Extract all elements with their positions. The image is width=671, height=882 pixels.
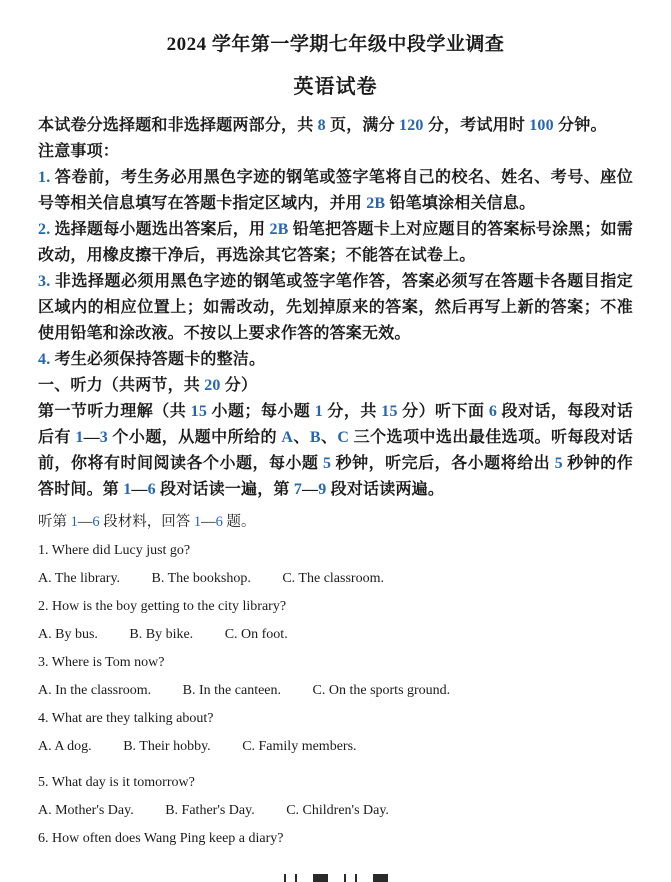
section-heading-listening: 一、听力（共两节，共 20 分） [38, 373, 633, 399]
question-text: 4. What are they talking about? [38, 709, 633, 729]
listening-instructions: 第一节听力理解（共 15 小题；每小题 1 分，共 15 分）听下面 6 段对话… [38, 399, 633, 503]
question-block-6: 6. How often does Wang Ping keep a diary… [38, 829, 633, 849]
option-c: C. The classroom. [282, 569, 384, 589]
option-a: A. By bus. [38, 625, 98, 645]
option-a: A. Mother's Day. [38, 801, 134, 821]
cutoff-glyph-top [313, 874, 328, 882]
option-c: C. On foot. [225, 625, 288, 645]
cutoff-footer-fragment [284, 874, 388, 882]
cutoff-glyph-top [344, 874, 357, 882]
cutoff-glyph-top [284, 874, 297, 882]
exam-title: 2024 学年第一学期七年级中段学业调查 [38, 32, 633, 58]
question-options: A. Mother's Day. B. Father's Day. C. Chi… [38, 801, 633, 821]
option-b: B. By bike. [129, 625, 193, 645]
question-text: 3. Where is Tom now? [38, 653, 633, 673]
notice-item-3: 3. 非选择题必须用黑色字迹的钢笔或签字笔作答，答案必须写在答题卡各题目指定区域… [38, 269, 633, 347]
notice-item-4: 4. 考生必须保持答题卡的整洁。 [38, 347, 633, 373]
question-text: 1. Where did Lucy just go? [38, 541, 633, 561]
option-b: B. In the canteen. [183, 681, 281, 701]
question-block-3: 3. Where is Tom now? A. In the classroom… [38, 653, 633, 701]
exam-intro-line: 本试卷分选择题和非选择题两部分，共 8 页，满分 120 分，考试用时 100 … [38, 113, 633, 139]
notice-item-2: 2. 选择题每小题选出答案后，用 2B 铅笔把答题卡上对应题目的答案标号涂黑；如… [38, 217, 633, 269]
question-options: A. A dog. B. Their hobby. C. Family memb… [38, 737, 633, 757]
option-a: A. A dog. [38, 737, 92, 757]
question-block-4: 4. What are they talking about? A. A dog… [38, 709, 633, 757]
option-a: A. The library. [38, 569, 120, 589]
question-text: 2. How is the boy getting to the city li… [38, 597, 633, 617]
exam-subtitle: 英语试卷 [38, 74, 633, 100]
option-b: B. Their hobby. [123, 737, 211, 757]
notice-item-1: 1. 答卷前，考生务必用黑色字迹的钢笔或签字笔将自己的校名、姓名、考号、座位号等… [38, 165, 633, 217]
exam-paper-page: 2024 学年第一学期七年级中段学业调查 英语试卷 本试卷分选择题和非选择题两部… [0, 0, 671, 849]
option-b: B. Father's Day. [165, 801, 255, 821]
question-block-1: 1. Where did Lucy just go? A. The librar… [38, 541, 633, 589]
question-options: A. In the classroom. B. In the canteen. … [38, 681, 633, 701]
option-c: C. On the sports ground. [313, 681, 451, 701]
option-a: A. In the classroom. [38, 681, 151, 701]
question-options: A. By bus. B. By bike. C. On foot. [38, 625, 633, 645]
question-options: A. The library. B. The bookshop. C. The … [38, 569, 633, 589]
question-text: 6. How often does Wang Ping keep a diary… [38, 829, 633, 849]
cutoff-glyph-top [373, 874, 388, 882]
question-block-5: 5. What day is it tomorrow? A. Mother's … [38, 773, 633, 821]
notice-header: 注意事项： [38, 139, 633, 165]
option-b: B. The bookshop. [152, 569, 251, 589]
question-text: 5. What day is it tomorrow? [38, 773, 633, 793]
option-c: C. Family members. [242, 737, 356, 757]
material-prompt: 听第 1—6 段材料，回答 1—6 题。 [38, 511, 633, 533]
option-c: C. Children's Day. [286, 801, 389, 821]
question-block-2: 2. How is the boy getting to the city li… [38, 597, 633, 645]
